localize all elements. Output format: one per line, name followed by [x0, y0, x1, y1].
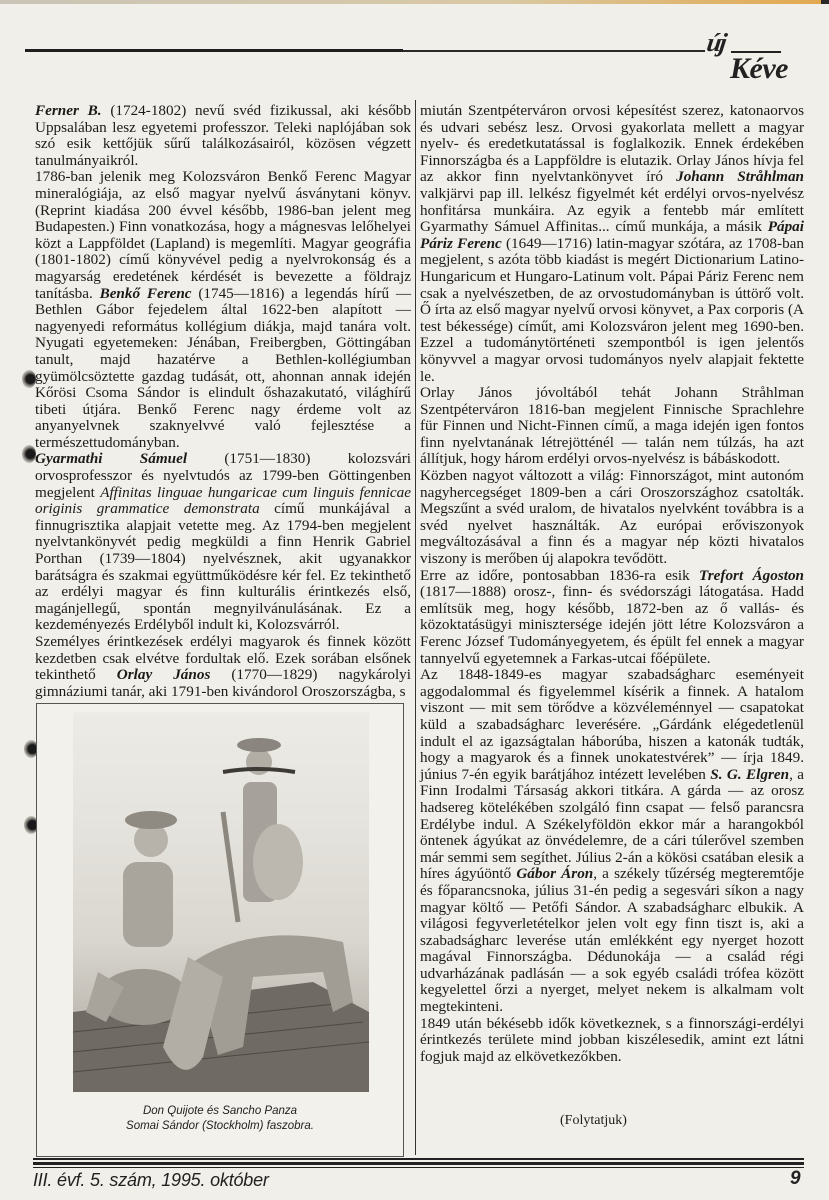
paragraph: 1849 után békésebb idők következnek, s a…: [420, 1016, 804, 1066]
continued-note: (Folytatjuk): [560, 1113, 627, 1129]
paragraph: Gyarmathi Sámuel (1751—1830) kolozsvári …: [35, 451, 411, 634]
sculpture-photo: [73, 712, 369, 1092]
paragraph-text: Erre az időre, pontosabban 1836-ra esik: [420, 567, 699, 584]
person-name: Orlay János: [117, 666, 211, 683]
caption-line: Somai Sándor (Stockholm) faszobra.: [37, 1119, 403, 1134]
binder-hole-icon: [22, 370, 36, 388]
paragraph-text: című munkájával a finnugrisztika alapjai…: [35, 500, 411, 633]
paragraph: Személyes érintkezések erdélyi magyarok …: [35, 634, 411, 700]
paragraph: Ferner B. (1724-1802) nevű svéd fizikuss…: [35, 103, 411, 169]
person-name: Gyarmathi Sámuel: [35, 450, 187, 467]
person-name: Benkő Ferenc: [100, 285, 192, 302]
paragraph-text: 1786-ban jelenik meg Kolozsváron Benkő F…: [35, 168, 411, 301]
header-rule-thin: [403, 50, 705, 52]
paragraph-text: (1745—1816) a legendás hírű — Bethlen Gá…: [35, 285, 411, 451]
page-top-edge: [0, 0, 829, 4]
caption-line: Don Quijote és Sancho Panza: [37, 1104, 403, 1119]
logo-uj-text: új: [705, 28, 727, 58]
figure-caption: Don Quijote és Sancho Panza Somai Sándor…: [37, 1104, 403, 1134]
person-name: Ferner B.: [35, 102, 102, 119]
page-corner: [821, 0, 829, 4]
left-column: Ferner B. (1724-1802) nevű svéd fizikuss…: [35, 103, 411, 700]
paragraph-text: (1817—1888) orosz-, finn- és svédországi…: [420, 583, 804, 666]
paragraph-text: , a székely tűzérség megteremtője és főp…: [420, 865, 804, 1015]
header-rule: [25, 49, 403, 52]
person-name: S. G. Elgren: [710, 766, 789, 783]
column-divider: [415, 100, 416, 1155]
magazine-logo: új Kéve: [703, 28, 783, 88]
paragraph: Erre az időre, pontosabban 1836-ra esik …: [420, 568, 804, 668]
paragraph: miután Szentpéterváron orvosi képesítést…: [420, 103, 804, 385]
right-column: miután Szentpéterváron orvosi képesítést…: [420, 103, 804, 1065]
paragraph: 1786-ban jelenik meg Kolozsváron Benkő F…: [35, 169, 411, 451]
paragraph-text: (1649—1716) latin-magyar szótára, az 170…: [420, 235, 804, 385]
page-number: 9: [790, 1168, 801, 1190]
footer-rules: [33, 1158, 804, 1170]
figure-box: Don Quijote és Sancho Panza Somai Sándor…: [36, 703, 404, 1157]
paragraph: Közben nagyot változott a világ: Finnors…: [420, 468, 804, 568]
person-name: Gábor Áron: [516, 865, 593, 882]
person-name: Johann Stråhlman: [676, 168, 804, 185]
don-quijote-sculpture-icon: [73, 712, 369, 1092]
issue-info: III. évf. 5. szám, 1995. október: [33, 1170, 269, 1191]
binder-hole-icon: [22, 445, 36, 463]
paragraph: Orlay János jóvoltából tehát Johann Strå…: [420, 385, 804, 468]
paragraph-text: valkjärvi pap ill. lelkész figyelmét két…: [420, 185, 804, 235]
paragraph: Az 1848-1849-es magyar szabadságharc ese…: [420, 667, 804, 1015]
logo-keve-text: Kéve: [730, 52, 788, 86]
person-name: Trefort Ágoston: [699, 567, 804, 584]
